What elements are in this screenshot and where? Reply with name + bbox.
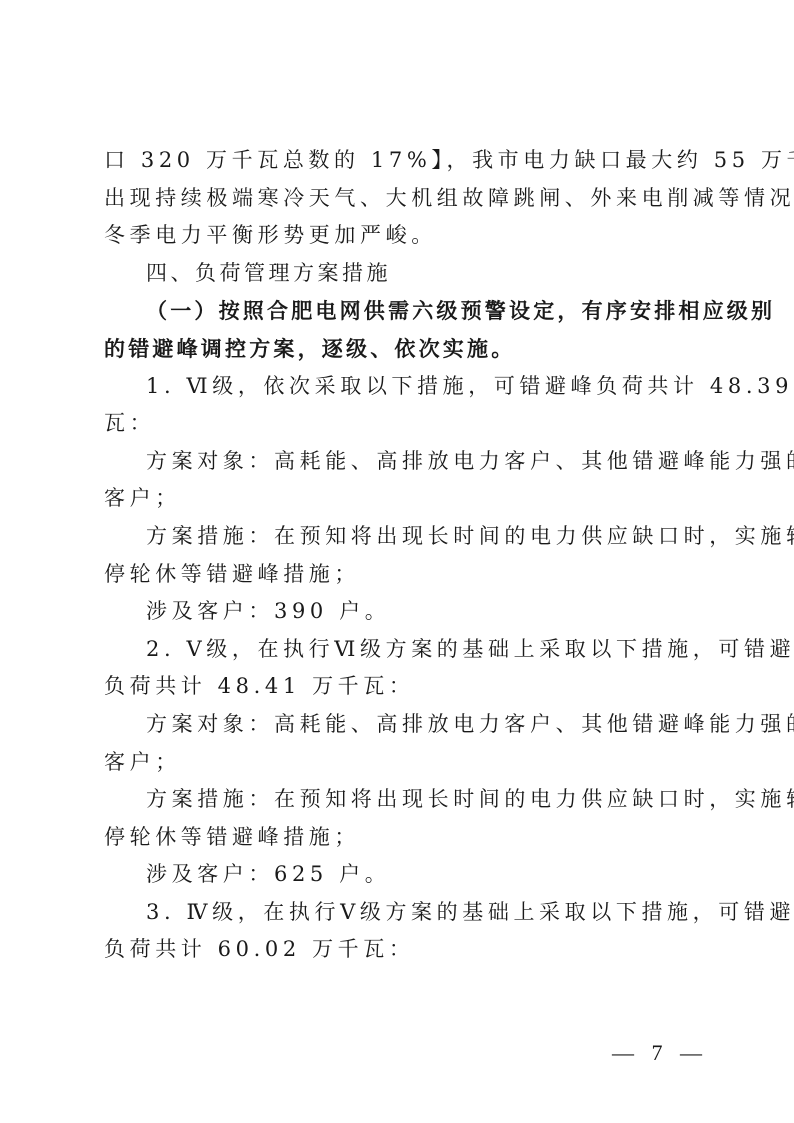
paragraph-line: 冬季电力平衡形势更加严峻。	[104, 217, 694, 255]
paragraph-line: 负荷共计 48.41 万千瓦：	[104, 668, 694, 706]
customer-count: 涉及客户：390 户。	[104, 593, 694, 631]
paragraph-line: 客户；	[104, 744, 694, 782]
plan-target: 方案对象：高耗能、高排放电力客户、其他错避峰能力强的	[104, 443, 694, 481]
subsection-heading: （一）按照合肥电网供需六级预警设定，有序安排相应级别	[104, 292, 694, 330]
paragraph-line: 停轮休等错避峰措施；	[104, 556, 694, 594]
list-item-level-4: 3. Ⅳ级，在执行Ⅴ级方案的基础上采取以下措施，可错避峰	[104, 894, 694, 932]
list-item-level-5: 2. Ⅴ级，在执行Ⅵ级方案的基础上采取以下措施，可错避峰	[104, 631, 694, 669]
page-number: — 7 —	[612, 1040, 708, 1066]
plan-measures: 方案措施：在预知将出现长时间的电力供应缺口时，实施轮	[104, 781, 694, 819]
section-heading: 四、负荷管理方案措施	[104, 255, 694, 293]
plan-target: 方案对象：高耗能、高排放电力客户、其他错避峰能力强的	[104, 706, 694, 744]
paragraph-line: 口 320 万千瓦总数的 17%】，我市电力缺口最大约 55 万千瓦。若	[104, 142, 694, 180]
paragraph-line: 出现持续极端寒冷天气、大机组故障跳闸、外来电削减等情况，	[104, 180, 694, 218]
paragraph-line: 负荷共计 60.02 万千瓦：	[104, 931, 694, 969]
customer-count: 涉及客户：625 户。	[104, 856, 694, 894]
paragraph-line: 客户；	[104, 480, 694, 518]
list-item-level-6: 1. Ⅵ级，依次采取以下措施，可错避峰负荷共计 48.39 万千	[104, 368, 694, 406]
subsection-heading-continued: 的错避峰调控方案，逐级、依次实施。	[104, 330, 694, 368]
document-page-body: 口 320 万千瓦总数的 17%】，我市电力缺口最大约 55 万千瓦。若 出现持…	[104, 142, 694, 969]
paragraph-line: 瓦：	[104, 405, 694, 443]
plan-measures: 方案措施：在预知将出现长时间的电力供应缺口时，实施轮	[104, 518, 694, 556]
paragraph-line: 停轮休等错避峰措施；	[104, 819, 694, 857]
